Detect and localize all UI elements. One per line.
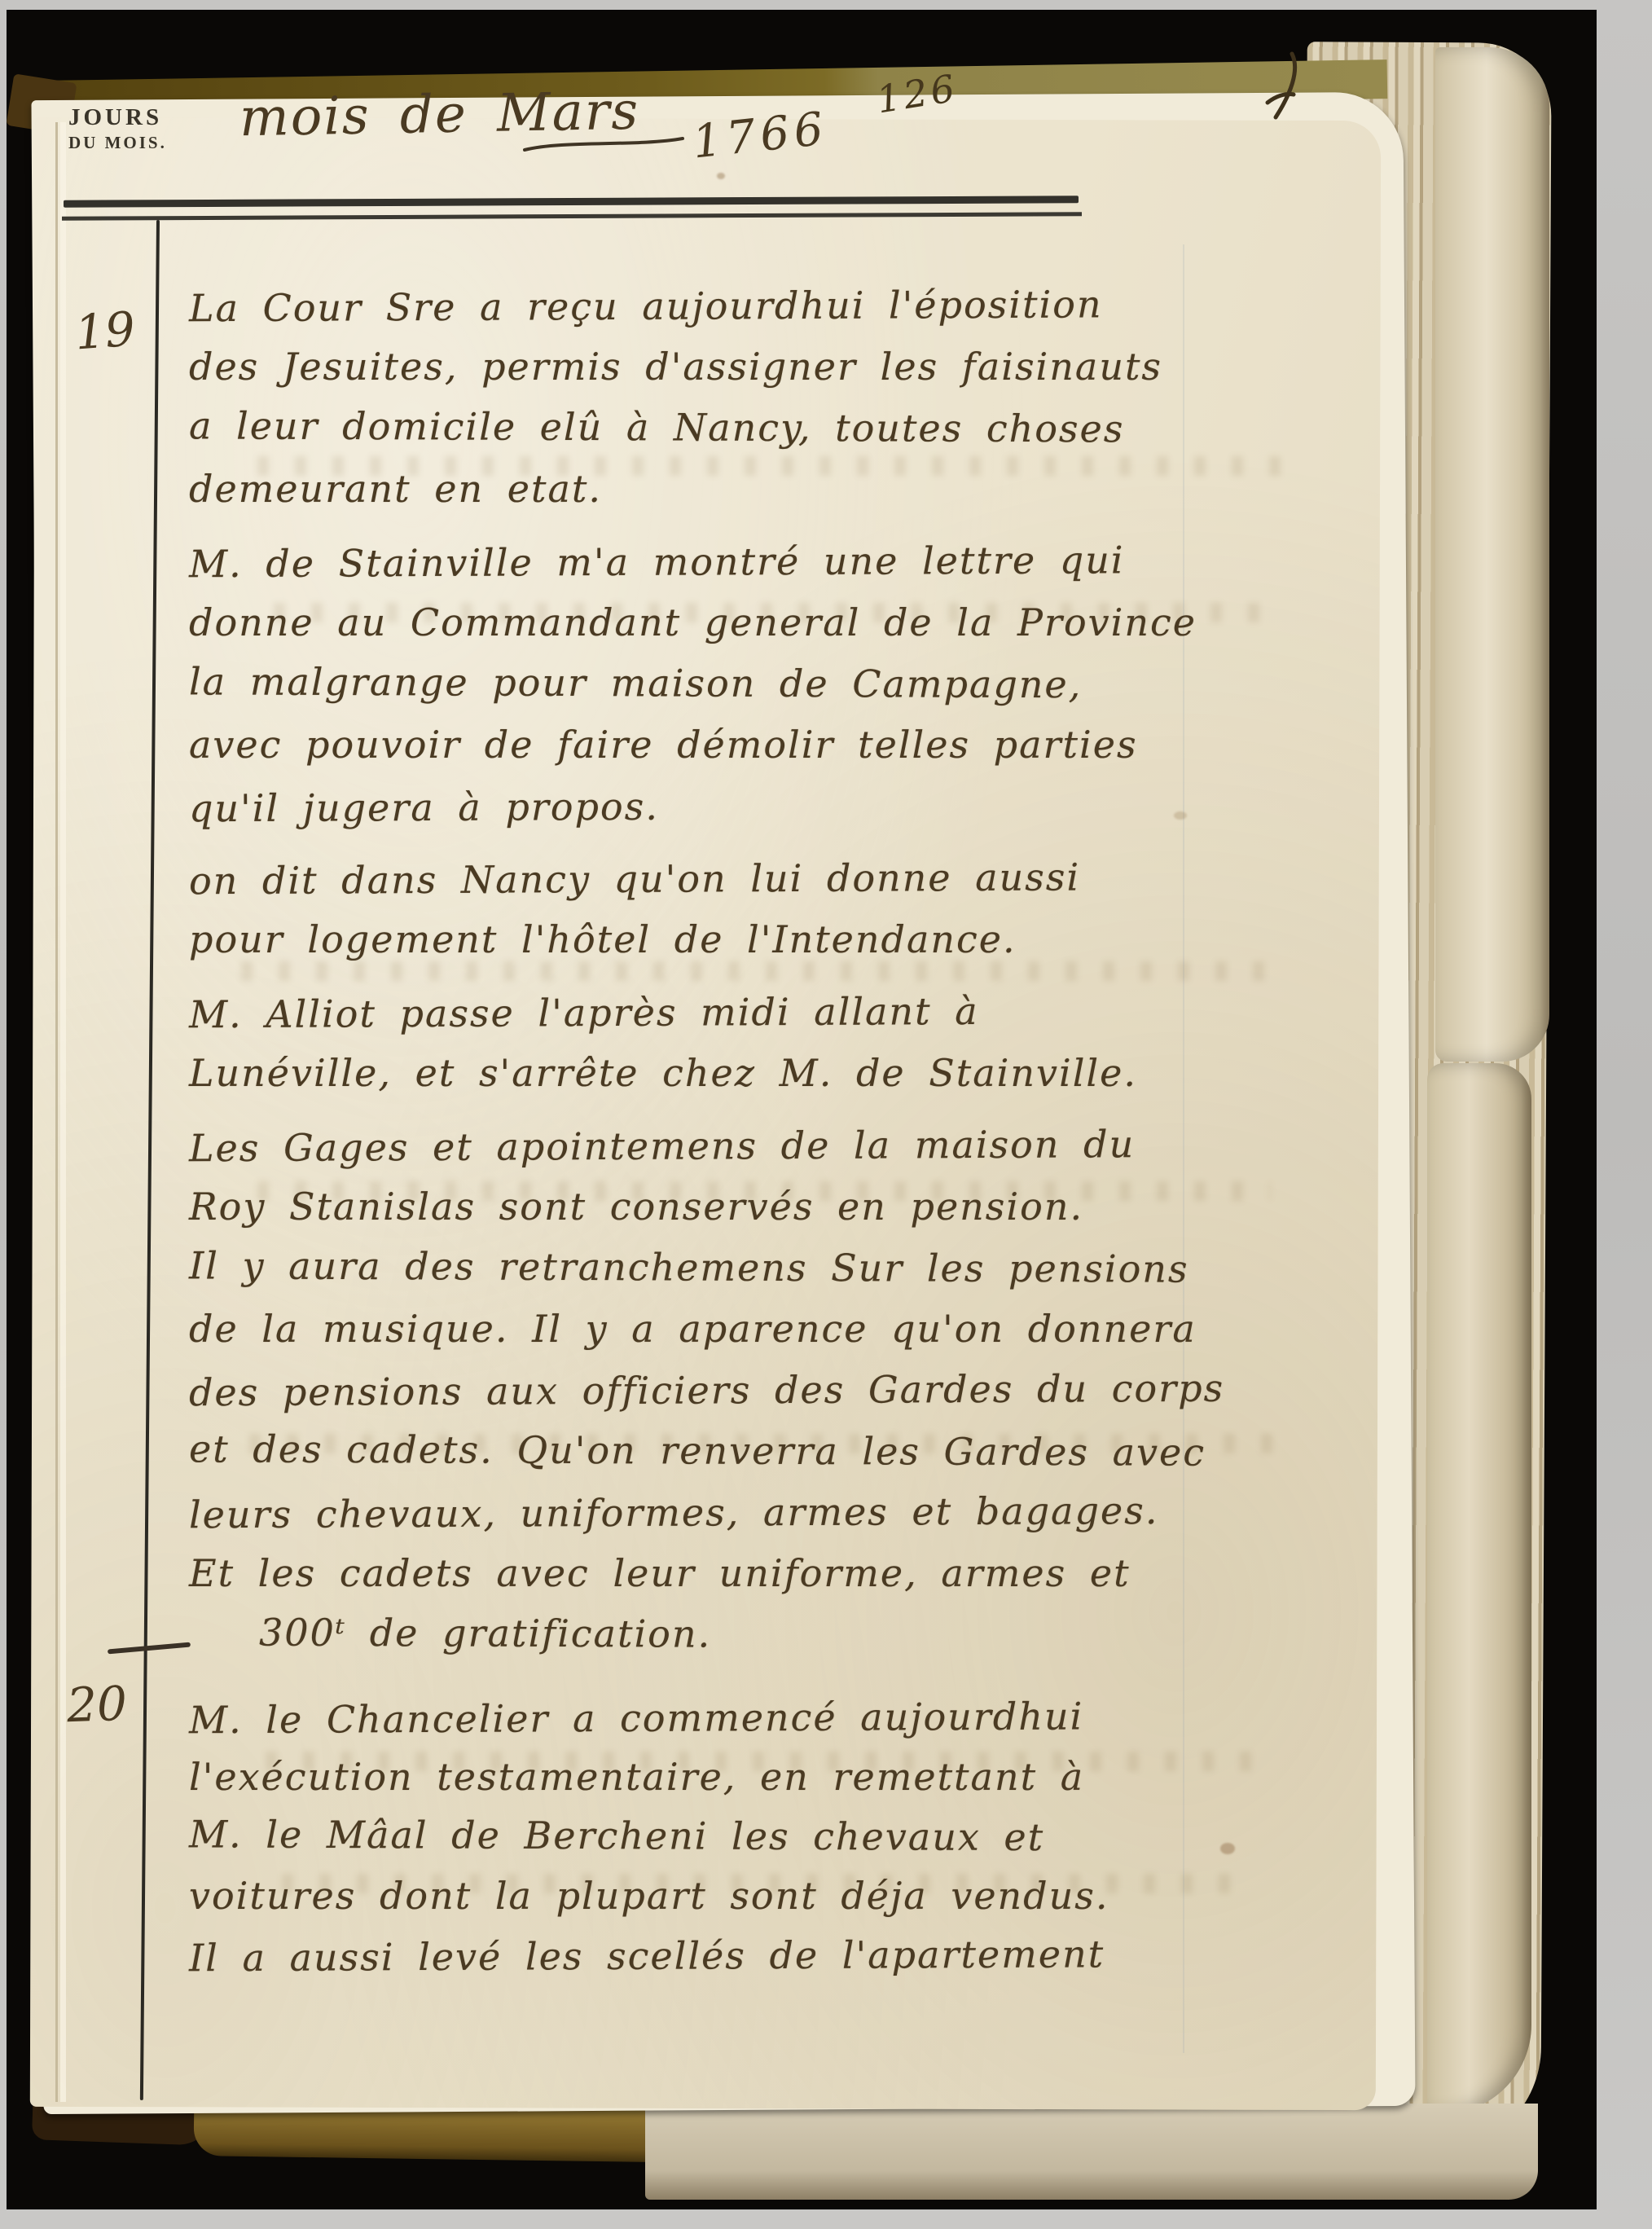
journal-entry-20: M. le Chancelier a commencé aujourdhuil'…	[189, 1688, 1411, 1985]
gutter-crease	[55, 122, 58, 2102]
handwritten-line: on dit dans Nancy qu'on lui donne aussi	[189, 846, 1411, 912]
handwritten-line: et des cadets. Qu'on renverra les Gardes…	[189, 1418, 1411, 1484]
handwritten-line: 300ᵗ de gratification.	[189, 1602, 1411, 1667]
entry-paragraph: Les Gages et apointemens de la maison du…	[189, 1115, 1411, 1665]
gutter-highlight	[60, 122, 66, 2102]
day-number-19: 19	[73, 301, 137, 361]
entry-paragraph: on dit dans Nancy qu'on lui donne aussip…	[189, 848, 1411, 970]
page-stack-curl-top	[1435, 47, 1549, 1062]
handwritten-line: pour logement l'hôtel de l'Intendance.	[189, 909, 1411, 970]
handwritten-line: des pensions aux officiers des Gardes du…	[189, 1357, 1411, 1424]
handwritten-line: M. le Chancelier a commencé aujourdhui	[189, 1686, 1411, 1751]
page-stack-curl-bottom	[1427, 1063, 1531, 2114]
entry-paragraph: M. Alliot passe l'après midi allant àLun…	[189, 982, 1411, 1104]
rubric-line-2: DU MOIS.	[68, 132, 167, 153]
handwritten-line: leurs chevaux, uniformes, armes et bagag…	[189, 1479, 1411, 1546]
entry-paragraph: La Cour Sre a reçu aujourdhui l'épositio…	[189, 275, 1411, 520]
under-page-edge-bottom	[645, 2104, 1538, 2200]
handwritten-line: donne au Commandant general de la Provin…	[189, 592, 1411, 653]
entry-paragraph: M. de Stainville m'a montré une lettre q…	[189, 531, 1411, 837]
handwritten-line: Roy Stanislas sont conservés en pension.	[189, 1176, 1411, 1238]
printed-rubric: JOURS DU MOIS.	[68, 103, 167, 154]
handwritten-line: M. de Stainville m'a montré une lettre q…	[189, 529, 1411, 596]
handwritten-line: M. Alliot passe l'après midi allant à	[189, 979, 1411, 1046]
handwritten-line: Les Gages et apointemens de la maison du	[189, 1113, 1411, 1180]
day-number-20: 20	[66, 1676, 128, 1734]
handwritten-line: La Cour Sre a reçu aujourdhui l'épositio…	[189, 273, 1411, 340]
handwritten-line: de la musique. Il y a aparence qu'on don…	[189, 1299, 1411, 1360]
handwritten-line: Et les cadets avec leur uniforme, armes …	[189, 1543, 1411, 1604]
entry-paragraph: M. le Chancelier a commencé aujourdhuil'…	[189, 1688, 1411, 1985]
handwritten-line: la malgrange pour maison de Campagne,	[189, 651, 1411, 716]
handwritten-line: voitures dont la plupart sont déja vendu…	[189, 1866, 1411, 1926]
title-flourish-stroke	[523, 135, 686, 156]
handwritten-line: qu'il jugera à propos.	[189, 773, 1411, 840]
handwritten-line: Il a aussi levé les scellés de l'apartem…	[189, 1923, 1411, 1989]
handwritten-line: demeurant en etat.	[189, 459, 1411, 520]
handwritten-line: M. le Mâal de Bercheni les chevaux et	[189, 1805, 1411, 1868]
paper-stain	[717, 173, 725, 179]
handwritten-line: avec pouvoir de faire démolir telles par…	[189, 714, 1411, 776]
handwritten-line: l'exécution testamentaire, en remettant …	[189, 1748, 1411, 1807]
handwritten-line: a leur domicile elû à Nancy, toutes chos…	[189, 395, 1411, 460]
manuscript-scan: { "scan": { "folio_number": "126" }, "he…	[0, 0, 1652, 2229]
handwritten-line: des Jesuites, permis d'assigner les fais…	[189, 336, 1411, 398]
handwritten-line: Il y aura des retranchemens Sur les pens…	[189, 1235, 1411, 1300]
journal-entry-19: La Cour Sre a reçu aujourdhui l'épositio…	[189, 275, 1411, 1665]
handwritten-line: Lunéville, et s'arrête chez M. de Stainv…	[189, 1043, 1411, 1104]
stray-ink-mark	[1243, 46, 1308, 127]
rubric-line-1: JOURS	[68, 103, 167, 132]
